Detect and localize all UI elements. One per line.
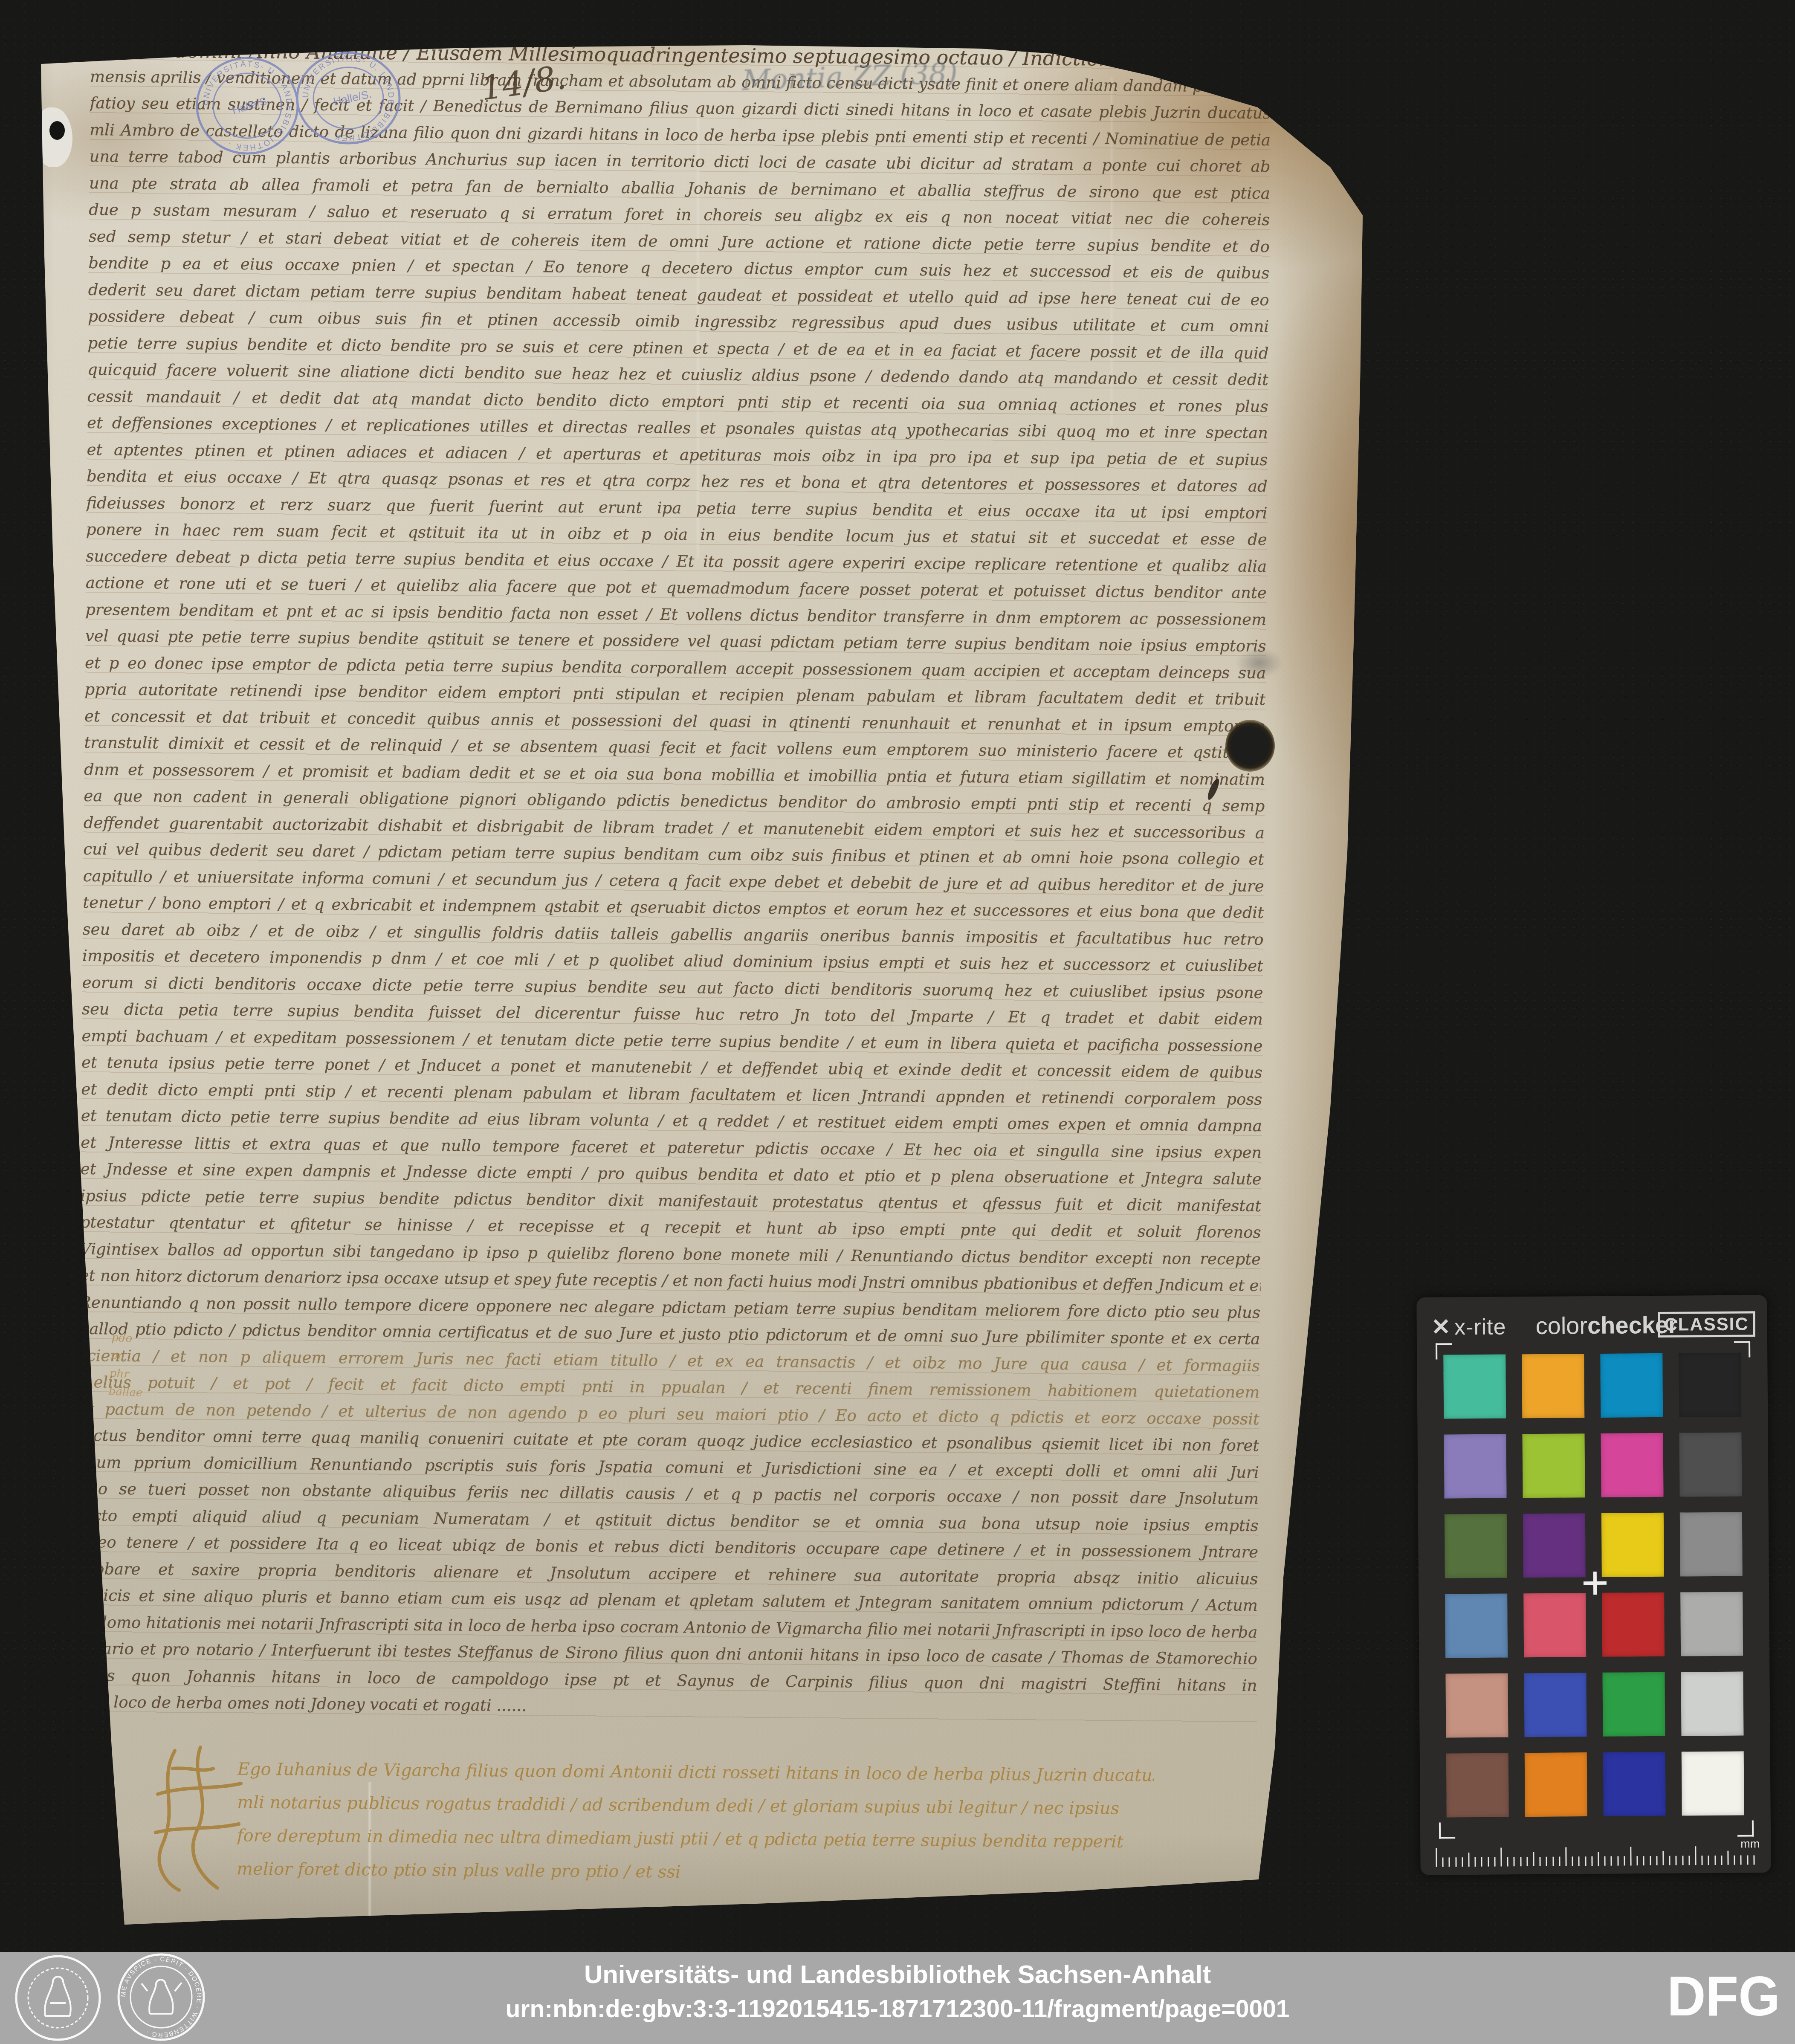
ruler-tick [1714, 1856, 1716, 1865]
notarial-subscription: Ego Iuhanius de Vigarcha filius quon dom… [237, 1752, 1154, 1892]
ruler-tick [1617, 1856, 1618, 1866]
ruler-tick [1436, 1848, 1437, 1867]
xrite-x-icon: ✕ [1431, 1313, 1451, 1340]
ruler-tick [1721, 1856, 1722, 1865]
parchment-hole [1225, 720, 1275, 772]
color-patch-#bd2b2c [1602, 1592, 1665, 1657]
ruler-tick [1552, 1857, 1554, 1866]
ruler-tick [1688, 1856, 1690, 1865]
ruler-tick [1747, 1855, 1748, 1864]
digitized-manuscript-page: { "annotations": { "ink_note": "14/8.", … [0, 0, 1795, 2044]
ruler-tick [1740, 1856, 1742, 1865]
colorchecker-header: ✕x-rite colorchecker CLASSIC [1416, 1304, 1767, 1349]
subscription-line: fore dereptum in dimedia nec ultra dimed… [237, 1819, 1153, 1859]
color-patch-#e8cb18 [1601, 1513, 1664, 1577]
color-patch-#2a33a0 [1603, 1752, 1666, 1816]
ruler-unit-label: mm [1740, 1837, 1760, 1850]
color-patch-#c59181 [1445, 1673, 1508, 1737]
ruler-tick [1540, 1857, 1541, 1866]
ruler-tick [1462, 1857, 1463, 1867]
color-patch-#3c50b4 [1524, 1673, 1587, 1737]
ruler-tick [1526, 1857, 1528, 1866]
ruler-tick [1507, 1857, 1508, 1866]
ruler-tick [1702, 1856, 1703, 1865]
ruler-tick [1442, 1857, 1444, 1867]
ruler-tick [1533, 1852, 1534, 1866]
xrite-brand-label: x-rite [1454, 1314, 1506, 1340]
color-patch-#5f87b1 [1445, 1593, 1508, 1658]
stamp-center-text: Halle/S. [231, 94, 272, 117]
color-patch-#0c8cbf [1600, 1353, 1663, 1418]
ruler-tick [1598, 1852, 1599, 1866]
urn-identifier: urn:nbn:de:gbv:3:3-1192015415-1871712300… [0, 1995, 1795, 2023]
color-patch-#d9556a [1523, 1593, 1586, 1657]
colorchecker-variant-badge: CLASSIC [1658, 1311, 1755, 1338]
ruler-tick [1630, 1847, 1631, 1865]
dfg-logo: DFG [1667, 1964, 1780, 2028]
ruler-tick [1475, 1857, 1476, 1867]
xrite-brand: ✕x-rite [1431, 1313, 1506, 1340]
edge-hole [49, 121, 65, 140]
marginal-note-line: ballae [108, 1382, 173, 1404]
subscription-line: melior foret dicto ptio sin plus valle p… [237, 1852, 1153, 1892]
product-light: color [1535, 1312, 1587, 1339]
color-patch-#64307f [1523, 1513, 1586, 1578]
registration-corner-mark [1439, 1822, 1455, 1838]
color-patch-#9cc333 [1523, 1433, 1585, 1498]
ruler-tick [1559, 1857, 1560, 1866]
ruler-tick [1468, 1853, 1469, 1867]
color-patch-#e2801f [1525, 1752, 1587, 1817]
library-name: Universitäts- und Landesbibliothek Sachs… [0, 1960, 1795, 1989]
manuscript-text-block: Nomine domini Anno Anatiuite / Eiusdem M… [76, 37, 1271, 1726]
color-patch-#4f4f4f [1679, 1433, 1742, 1497]
ruler-tick [1604, 1856, 1606, 1866]
ruler-tick [1656, 1856, 1657, 1865]
ruler-tick [1449, 1857, 1450, 1867]
ruler-tick [1669, 1856, 1671, 1865]
ruler-tick [1455, 1857, 1456, 1867]
ruler-tick [1565, 1847, 1566, 1866]
color-patch-#d5459a [1601, 1433, 1664, 1497]
colorchecker-card: ✕x-rite colorchecker CLASSIC mm [1416, 1295, 1771, 1875]
color-patch-#7a5347 [1446, 1753, 1509, 1817]
footer-text-block: Universitäts- und Landesbibliothek Sachs… [0, 1952, 1795, 2023]
ruler-tick [1682, 1856, 1683, 1865]
color-patch-#acacab [1680, 1592, 1743, 1656]
ruler-tick [1481, 1857, 1482, 1867]
parchment-sheet: Nomine domini Anno Anatiuite / Eiusdem M… [0, 0, 1369, 1931]
center-cross-mark [1584, 1572, 1607, 1595]
color-patch-#eea429 [1522, 1354, 1584, 1418]
color-patch-#252525 [1679, 1353, 1741, 1417]
ruler-tick [1650, 1856, 1651, 1865]
ruler-tick [1695, 1846, 1696, 1865]
registration-corner-mark [1737, 1820, 1754, 1836]
ruler-tick [1591, 1856, 1592, 1866]
color-patch-#8b8b8b [1680, 1512, 1743, 1577]
ruler-tick [1494, 1857, 1495, 1867]
ruler-tick [1637, 1856, 1638, 1865]
subscription-line: Ego Iuhanius de Vigarcha filius quon dom… [237, 1752, 1154, 1792]
color-patch-#8a7cbb [1444, 1434, 1507, 1498]
library-ownership-stamps: UNIVERSITÄTS- U. LANDESBIBLIOTHEK · UNIV… [194, 50, 467, 170]
ruler-tick [1585, 1856, 1586, 1866]
notary-sign-flourish [149, 1743, 247, 1896]
ruler-tick [1643, 1856, 1644, 1865]
color-patch-#f3f2ea [1682, 1752, 1744, 1816]
color-patch-#cdd0cd [1681, 1672, 1743, 1736]
marginal-note: pdopnphrballae [108, 1329, 176, 1404]
ruler-tick [1578, 1856, 1580, 1866]
ruler-tick [1500, 1848, 1502, 1867]
ruler-tick [1514, 1857, 1515, 1866]
footer-bar: ME AVSPICE · CEPIT · DOCERE · WITTENBERG… [0, 1952, 1795, 2044]
ruler-tick [1753, 1855, 1754, 1864]
ruler-tick [1624, 1856, 1625, 1866]
ruler-tick [1734, 1856, 1735, 1865]
ruler-tick [1488, 1857, 1489, 1867]
colorchecker-product-label: colorchecker [1535, 1311, 1678, 1340]
ruler-tick [1662, 1851, 1664, 1865]
stamp-center-text: Halle/S. [332, 87, 373, 108]
ruler-tick [1676, 1856, 1677, 1865]
ruler-tick [1611, 1856, 1612, 1866]
color-patch-#2c9e45 [1602, 1672, 1665, 1737]
color-patch-#45bd9d [1443, 1354, 1506, 1419]
ruler-tick [1727, 1851, 1728, 1865]
ruler-tick [1572, 1856, 1573, 1866]
ruler-tick [1520, 1857, 1521, 1866]
subscription-line: mli notarius publicus rogatus traddidi /… [237, 1786, 1154, 1825]
color-patch-#55713d [1445, 1514, 1507, 1578]
ruler-tick [1708, 1856, 1709, 1865]
ruler-tick [1546, 1857, 1547, 1866]
mm-ruler: mm [1436, 1837, 1760, 1870]
